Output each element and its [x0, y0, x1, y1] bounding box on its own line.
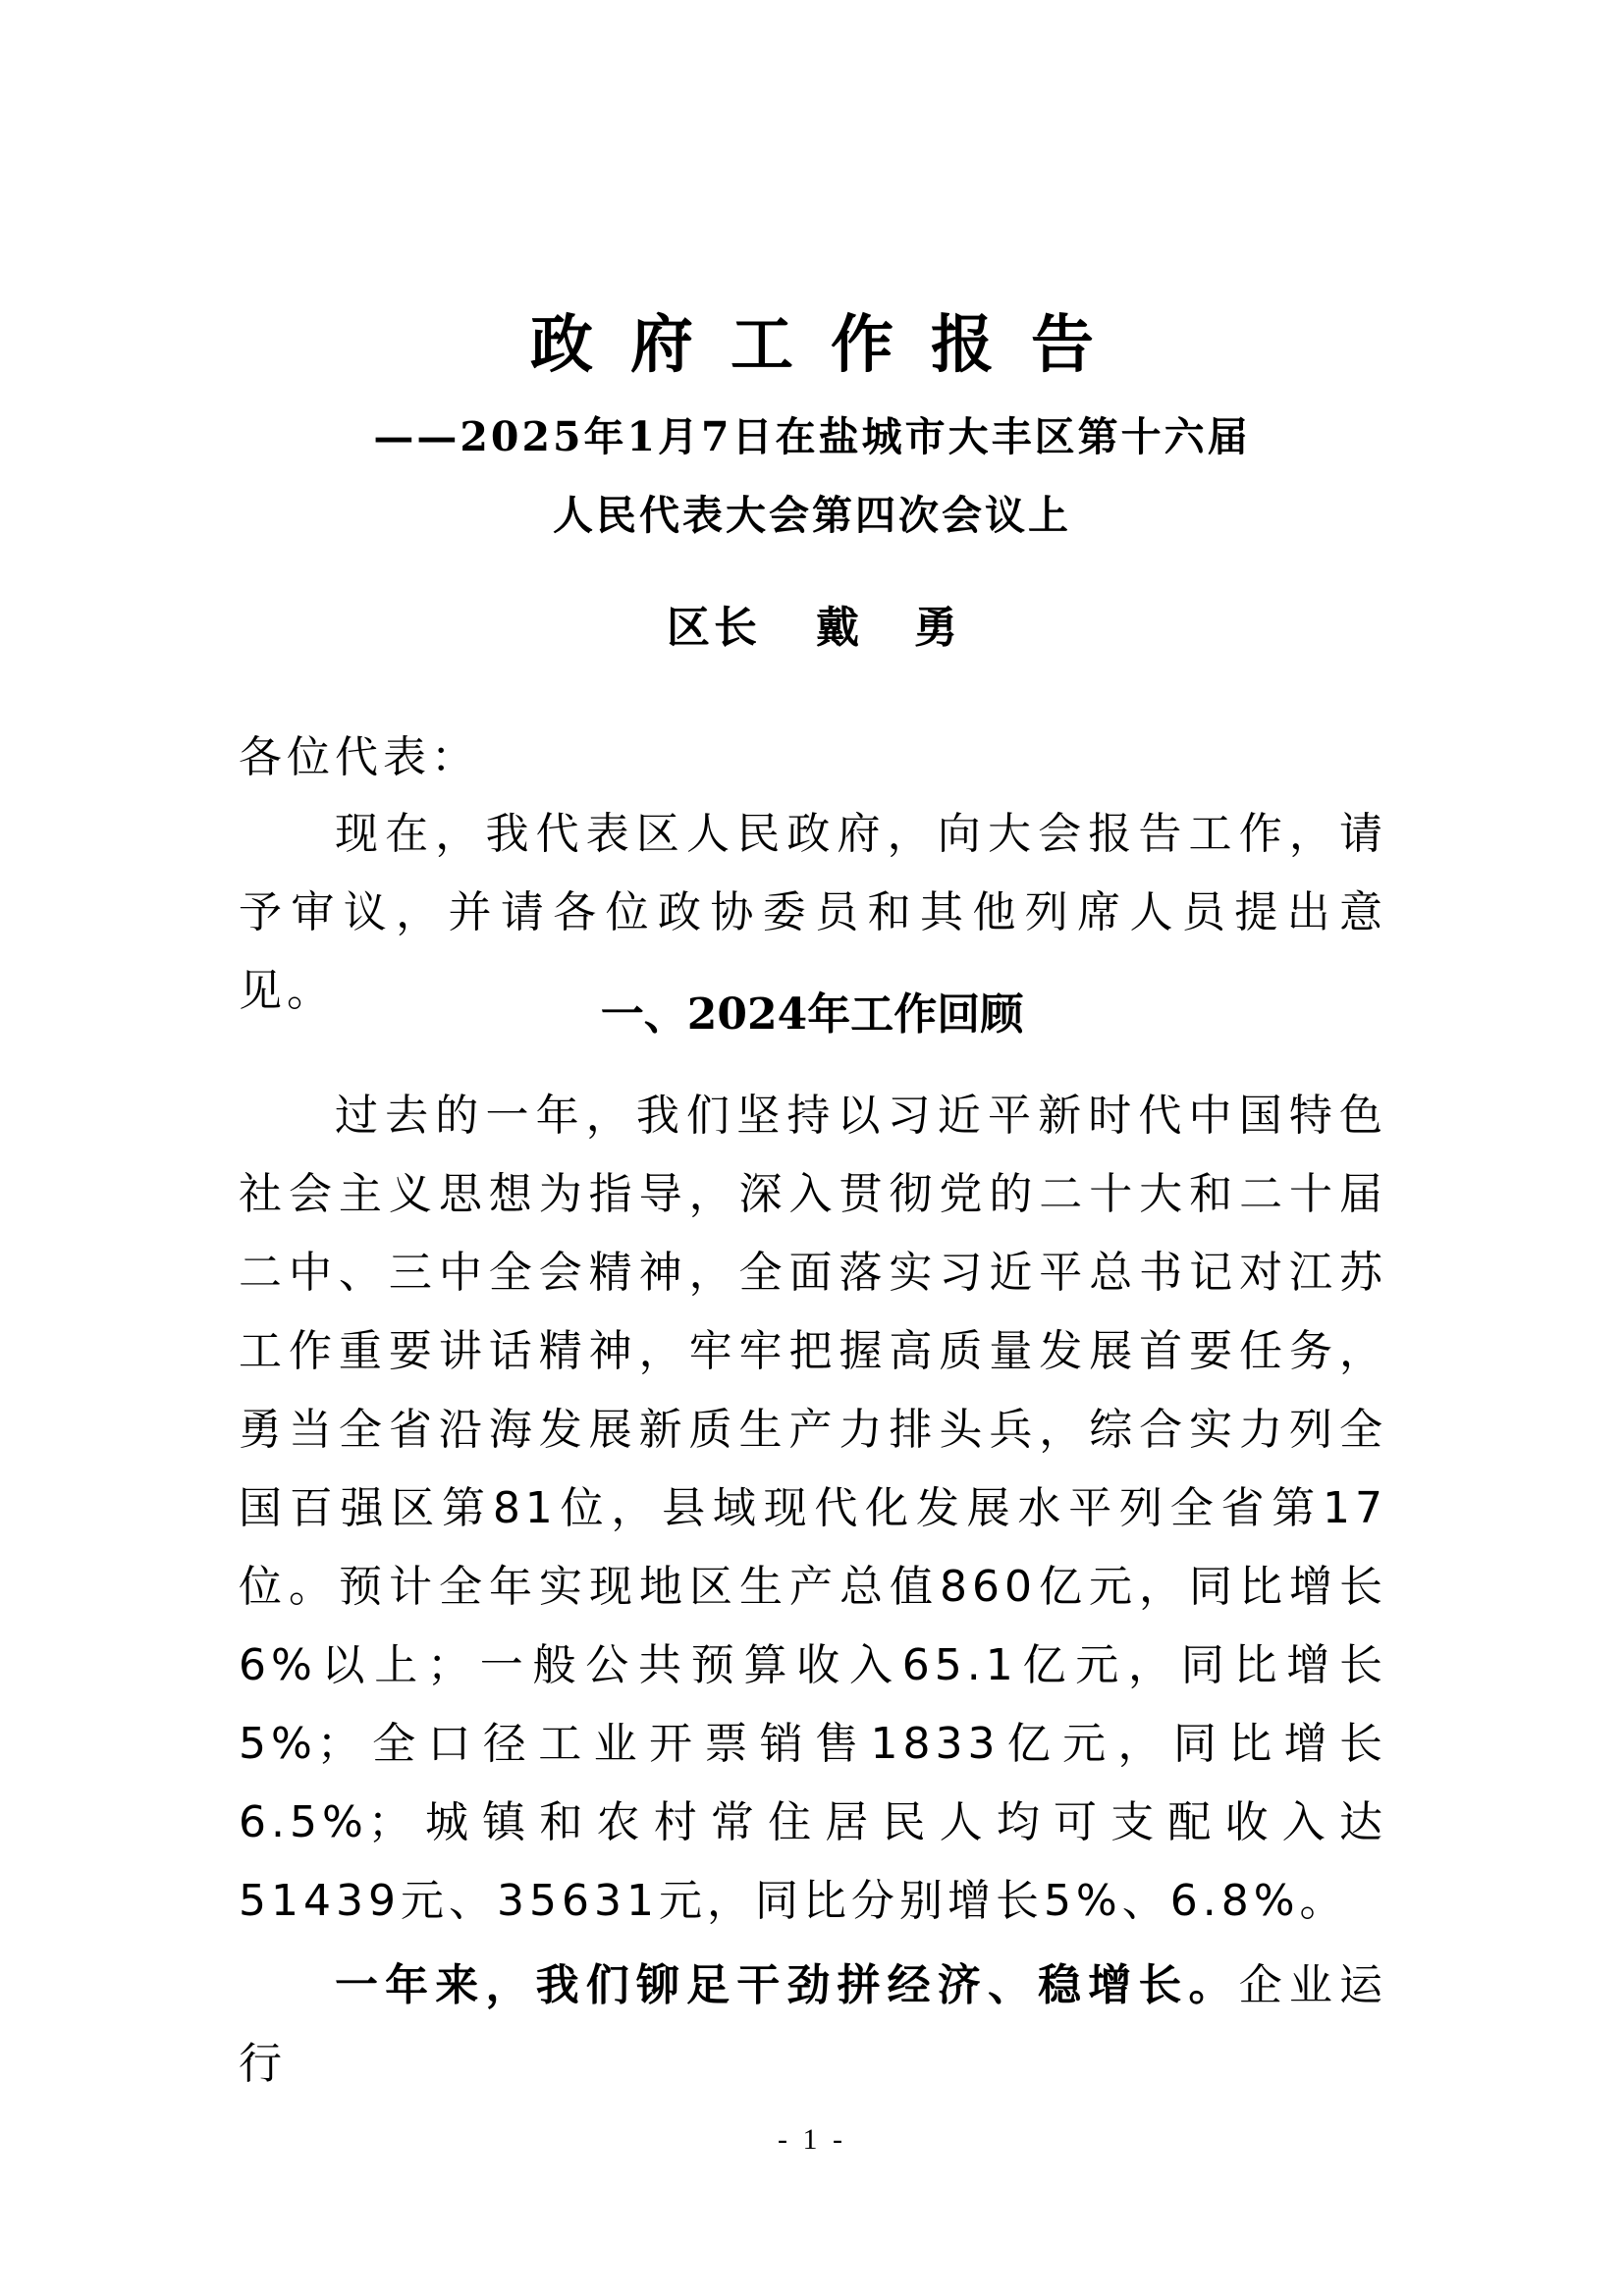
author-given-name: 勇	[914, 603, 957, 653]
author-line: 区长戴勇	[0, 601, 1624, 656]
document-page: 政府工作报告 ——2025年1月7日在盐城市大丰区第十六届 人民代表大会第四次会…	[0, 0, 1624, 2296]
highlight-lead-sentence: 一年来，我们铆足干劲拼经济、稳增长。	[335, 1960, 1239, 2010]
author-role: 区长	[667, 603, 761, 653]
document-title: 政府工作报告	[0, 306, 1624, 385]
review-paragraph: 过去的一年，我们坚持以习近平新时代中国特色社会主义思想为指导，深入贯彻党的二十大…	[239, 1077, 1387, 1941]
salutation: 各位代表：	[239, 719, 1387, 797]
section-heading: 一、2024年工作回顾	[0, 976, 1624, 1054]
subtitle-line-2: 人民代表大会第四次会议上	[0, 488, 1624, 543]
author-surname: 戴	[816, 603, 859, 653]
highlight-paragraph: 一年来，我们铆足干劲拼经济、稳增长。企业运行	[239, 1947, 1387, 2104]
subtitle-line-1: ——2025年1月7日在盐城市大丰区第十六届	[0, 409, 1624, 464]
page-number: - 1 -	[0, 2118, 1624, 2162]
